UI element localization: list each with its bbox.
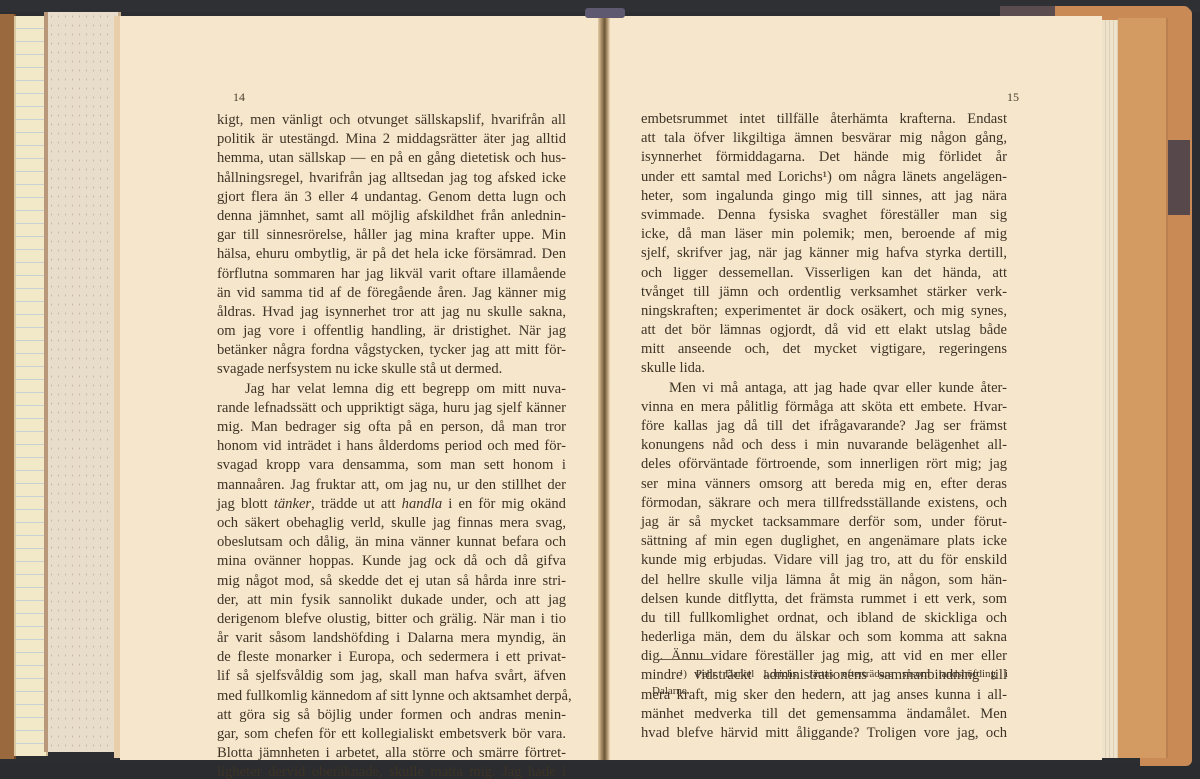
text-line: kunde mig erbjudas. Vidare vill jag tro,…	[641, 551, 1007, 570]
text-line: delsen kunde ditflytta, det främsta rumm…	[641, 590, 1007, 609]
spine-headband	[585, 8, 625, 18]
text-line: jag är så mycket tacksammare derför som,…	[641, 513, 1007, 532]
left-endpaper-board	[44, 12, 121, 752]
text-line: mig något mod, så skedde det ej utan så …	[217, 572, 566, 591]
text-line: tvånget till jämn och ordentlig verksamh…	[641, 283, 1007, 302]
text-line: än vid samma tid af de föregående åren. …	[217, 284, 566, 303]
text-line: kigt, men vänligt och otvunget sällskaps…	[217, 111, 566, 130]
text-line: mannaåren. Jag fruktar att, om jag nu, u…	[217, 476, 566, 495]
italic-word: handla	[402, 496, 443, 512]
footnote: ¹) Pehr Daniel Lorichs, Järtas efterträd…	[652, 666, 1008, 700]
text-line: rande lefnadssätt och uppriktigt säga, h…	[217, 399, 566, 418]
text-line: Dalarne.	[652, 683, 1008, 700]
text-line: honom vid inträdet i hans ålderdoms peri…	[217, 437, 566, 456]
text-line: ¹) Pehr Daniel Lorichs, Järtas efterträd…	[652, 666, 1008, 683]
text-line: förflutna sommaren har jag likväl varit …	[217, 265, 566, 284]
text-line: obeslutsam och dålig, än mina vänner kun…	[217, 533, 566, 552]
text-line: gjort flera än 3 eller 4 undantag. Genom…	[217, 188, 566, 207]
text-line: hållningsregel, hvarifrån jag alltsedan …	[217, 169, 566, 188]
text-line: embetsrummet intet tillfälle återhämta k…	[641, 110, 1007, 129]
text-line: sättning af min egen duglighet, en angen…	[641, 532, 1007, 551]
grid-notepaper-strip	[14, 16, 48, 756]
text-line: ligheter dervid oberäknade, skulle matta…	[217, 763, 566, 779]
text-line: konungens nåd och dess i min nuvarande b…	[641, 436, 1007, 455]
text-line: att göra sig så böjlig under formen och …	[217, 706, 566, 725]
text-line: mitt anseende och, det mycket vigtigare,…	[641, 340, 1007, 359]
text-line: de fleste monarker i Europa, och sederme…	[217, 648, 566, 667]
text-line: deles oförväntade förtroende, som innerl…	[641, 455, 1007, 474]
text-line: ser mina vänners omsorg att bereda mig e…	[641, 475, 1007, 494]
text-line: svagade nerfsystem nu icke skulle stå ut…	[217, 360, 566, 379]
text-line: derigenom blefve olustig, bitter och grä…	[217, 610, 566, 629]
text-line: betänker några fordna vågstycken, tycker…	[217, 341, 566, 360]
left-page-text: kigt, men vänligt och otvunget sällskaps…	[217, 111, 566, 779]
page-number-left: 14	[233, 90, 245, 105]
text-line: svimmade. Denna fysiska svaghet förestäl…	[641, 206, 1007, 225]
text-line: heter, som ingalunda gingo mig till sinn…	[641, 187, 1007, 206]
text-line: jag blott tänker, trädde ut att handla i…	[217, 495, 566, 514]
text-line: år varit såsom landshöfding i Dalarna me…	[217, 629, 566, 648]
text-line: hvad blefve härvid mitt åliggande? Troli…	[641, 724, 1007, 743]
text-line: med fullkomlig kännedom af sitt lynne oc…	[217, 687, 566, 706]
text-line: ningskraften; experimentet är dock osäke…	[641, 302, 1007, 321]
text-line: förmodan, säkrare och mera tillfredsstäl…	[641, 494, 1007, 513]
page-number-right: 15	[1007, 90, 1019, 105]
right-page-text: embetsrummet intet tillfälle återhämta k…	[641, 110, 1007, 743]
right-page-edges	[1102, 20, 1118, 758]
book-spread-scene: 14 15 kigt, men vänligt och otvunget säl…	[0, 0, 1200, 779]
text-line: mina ovänner hoppas. Kunde jag ock då oc…	[217, 552, 566, 571]
text-line: mig. Man bedrager sig ofta på en person,…	[217, 418, 566, 437]
text-line: Men vi må antaga, att jag hade qvar elle…	[641, 379, 1007, 398]
text-line: denna jämnhet, samt all möjlig afskildhe…	[217, 207, 566, 226]
text-line: lif så sjelfsvåldig som jag, skall man h…	[217, 667, 566, 686]
footnote-rule	[655, 659, 713, 660]
text-line: att tala öfver likgiltiga ämnen besvärar…	[641, 129, 1007, 148]
text-line: hemma, utan sällskap — en på en gång die…	[217, 149, 566, 168]
text-line: åldras. Hvad jag isynnerhet tror att jag…	[217, 303, 566, 322]
text-line: icke, då man läser min polemik; men, ber…	[641, 225, 1007, 244]
text-line: vinna en mera pålitlig förmåga att sköta…	[641, 398, 1007, 417]
text-line: isynnerhet förmiddagarna. Det hände mig …	[641, 148, 1007, 167]
book-gutter	[598, 16, 610, 760]
text-line: gar, som chefen för ett kollegialiskt em…	[217, 725, 566, 744]
italic-word: tänker	[274, 496, 311, 512]
text-line: svagad kropp vara densamma, som man sett…	[217, 456, 566, 475]
text-line: skulle lida.	[641, 359, 1007, 378]
text-line: gar till sinnesrörelse, håller jag mina …	[217, 226, 566, 245]
text-line: att det bör lämnas ogjordt, då vid ett e…	[641, 321, 1007, 340]
text-line: dig. Ännu vidare föreställer jag mig, at…	[641, 647, 1007, 666]
text-line: och säkert obehaglig verld, skulle jag f…	[217, 514, 566, 533]
text-line: mänhet medverka till det gemensamma ända…	[641, 705, 1007, 724]
text-line: del hellre skulle vilja lämna åt mig än …	[641, 571, 1007, 590]
brown-endsheet	[1118, 18, 1168, 758]
background-bottom	[0, 762, 1200, 779]
text-line: före kallas jag då till det ifrågavarand…	[641, 417, 1007, 436]
text-line: sjelf, skrifver jag, när jag känner mig …	[641, 244, 1007, 263]
text-line: du till fullkomlighet ordnat, och ibland…	[641, 609, 1007, 628]
text-line: om jag vore i offentlig handling, är dri…	[217, 322, 566, 341]
text-line: och ligger dessemellan. Visserligen kan …	[641, 264, 1007, 283]
text-line: Jag har velat lemna dig ett begrepp om m…	[217, 380, 566, 399]
text-line: hälsa, ehuru ombytlig, är på det hela ic…	[217, 245, 566, 264]
text-line: Blotta jämnheten i arbetet, alla större …	[217, 744, 566, 763]
text-line: der, att min fysik sannolikt dukade unde…	[217, 591, 566, 610]
text-line: politik är utestängd. Mina 2 middagsrätt…	[217, 130, 566, 149]
right-cover-corner-patch	[1168, 140, 1190, 215]
text-line: under ett samtal med Lorichs¹) om några …	[641, 168, 1007, 187]
text-line: hederliga män, dem du älskar och som kom…	[641, 628, 1007, 647]
